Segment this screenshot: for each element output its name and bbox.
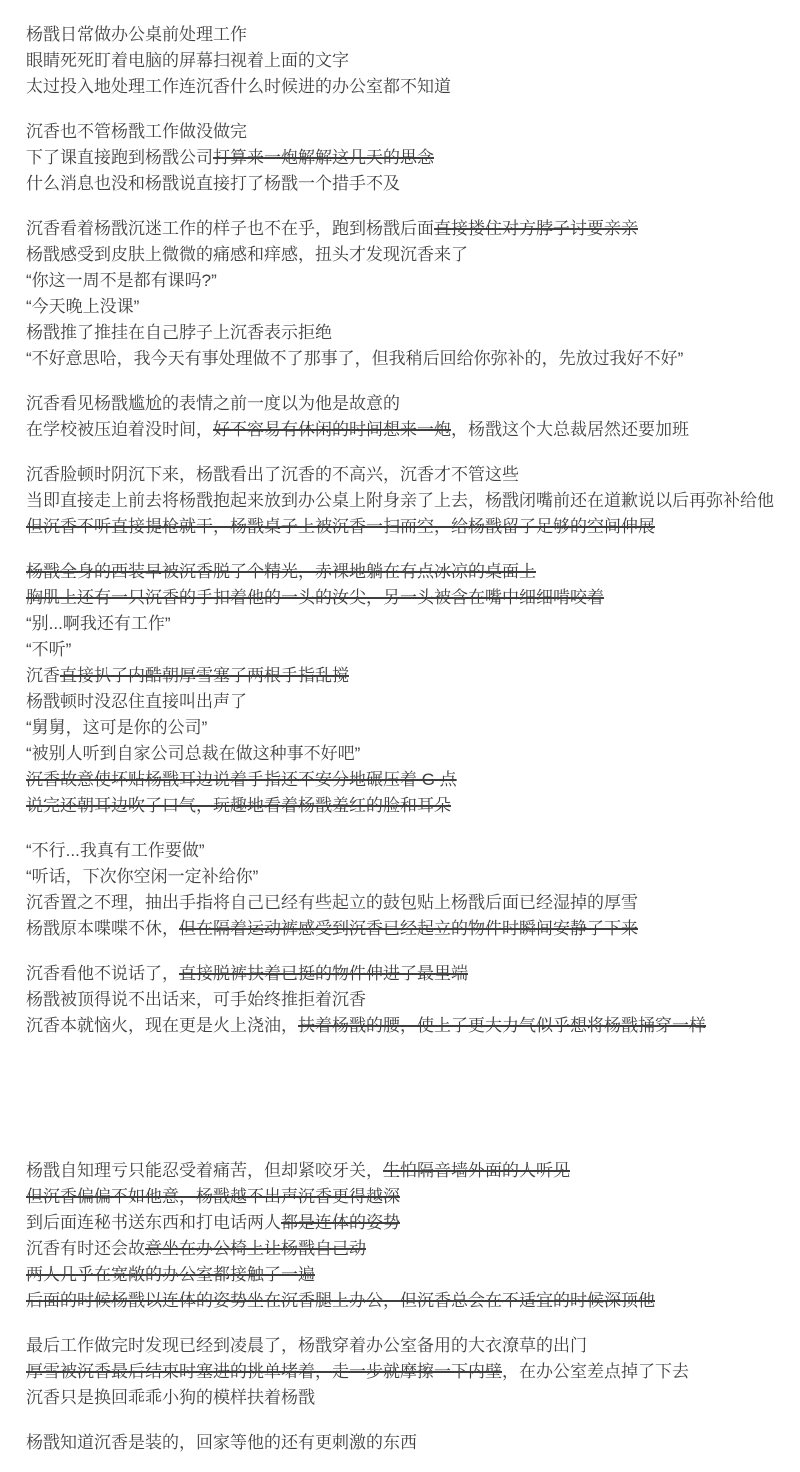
- struck-text: 打算来一炮解解这几天的思念: [213, 148, 434, 167]
- plain-text: 杨戬被顶得说不出话来，可手始终推拒着沉香: [26, 990, 366, 1009]
- struck-text: 但在隔着运动裤感受到沉香已经起立的物件时瞬间安静了下来: [179, 919, 638, 938]
- paragraph: 沉香看着杨戬沉迷工作的样子也不在乎，跑到杨戬后面直接搂住对方脖子讨要亲亲杨戬感受…: [26, 216, 780, 372]
- text-line: 沉香只是换回乖乖小狗的模样扶着杨戬: [26, 1385, 780, 1411]
- plain-text: 杨戬日常做办公桌前处理工作: [26, 25, 247, 44]
- text-line: 太过投入地处理工作连沉香什么时候进的办公室都不知道: [26, 74, 780, 100]
- plain-text: 沉香: [26, 666, 60, 685]
- plain-text: 眼睛死死盯着电脑的屏幕扫视着上面的文字: [26, 51, 349, 70]
- text-line: 沉香脸顿时阴沉下来，杨戬看出了沉香的不高兴，沉香才不管这些: [26, 462, 780, 488]
- text-line: “不好意思哈，我今天有事处理做不了那事了，但我稍后回给你弥补的，先放过我好不好”: [26, 346, 780, 372]
- plain-text: 杨戬顿时没忍住直接叫出声了: [26, 692, 247, 711]
- text-line: 杨戬推了推挂在自己脖子上沉香表示拒绝: [26, 320, 780, 346]
- paragraph: 最后工作做完时发现已经到凌晨了，杨戬穿着办公室备用的大衣潦草的出门厚雪被沉香最后…: [26, 1333, 780, 1411]
- text-line: 沉香故意使坏贴杨戬耳边说着手指还不安分地碾压着 G 点: [26, 767, 780, 793]
- struck-text: 说完还朝耳边吹了口气，玩趣地看着杨戬羞红的脸和耳朵: [26, 796, 451, 815]
- plain-text: 杨戬感受到皮肤上微微的痛感和痒感，扭头才发现沉香来了: [26, 245, 468, 264]
- plain-text: “不行...我真有工作要做”: [26, 841, 205, 860]
- text-line: 当即直接走上前去将杨戬抱起来放到办公桌上附身亲了上去，杨戬闭嘴前还在道歉说以后再…: [26, 488, 780, 514]
- text-line: 说完还朝耳边吹了口气，玩趣地看着杨戬羞红的脸和耳朵: [26, 793, 780, 819]
- plain-text: 杨戬原本喋喋不休，: [26, 919, 179, 938]
- text-line: 沉香置之不理，抽出手指将自己已经有些起立的鼓包贴上杨戬后面已经湿掉的厚雪: [26, 890, 780, 916]
- text-line: 但沉香偏偏不如他意，杨戬越不出声沉香更得越深: [26, 1184, 780, 1210]
- paragraph: 沉香看他不说话了，直接脱裤扶着已挺的物件伸进了最里端杨戬被顶得说不出话来，可手始…: [26, 961, 780, 1039]
- text-line: 杨戬顿时没忍住直接叫出声了: [26, 689, 780, 715]
- document: 杨戬日常做办公桌前处理工作眼睛死死盯着电脑的屏幕扫视着上面的文字太过投入地处理工…: [0, 0, 800, 1456]
- plain-text: 沉香有时还会故: [26, 1239, 145, 1258]
- text-line: “被别人听到自家公司总裁在做这种事不好吧”: [26, 741, 780, 767]
- plain-text: 到后面连秘书送东西和打电话两人: [26, 1213, 281, 1232]
- struck-text: 直接扒了内酷朝厚雪塞了两根手指乱搅: [60, 666, 349, 685]
- text-line: 杨戬自知理亏只能忍受着痛苦，但却紧咬牙关，生怕隔音墙外面的人听见: [26, 1158, 780, 1184]
- plain-text: “舅舅，这可是你的公司”: [26, 718, 207, 737]
- text-line: 杨戬被顶得说不出话来，可手始终推拒着沉香: [26, 987, 780, 1013]
- text-line: 最后工作做完时发现已经到凌晨了，杨戬穿着办公室备用的大衣潦草的出门: [26, 1333, 780, 1359]
- struck-text: 直接搂住对方脖子讨要亲亲: [434, 219, 638, 238]
- text-line: 眼睛死死盯着电脑的屏幕扫视着上面的文字: [26, 48, 780, 74]
- plain-text: 杨戬自知理亏只能忍受着痛苦，但却紧咬牙关，: [26, 1161, 383, 1180]
- plain-text: 太过投入地处理工作连沉香什么时候进的办公室都不知道: [26, 77, 451, 96]
- struck-text: 杨戬全身的西装早被沉香脱了个精光，赤裸地躺在有点冰凉的桌面上: [26, 562, 536, 581]
- paragraph: 杨戬知道沉香是装的，回家等他的还有更刺激的东西: [26, 1430, 780, 1456]
- plain-text: 沉香看见杨戬尴尬的表情之前一度以为他是故意的: [26, 394, 400, 413]
- text-line: 后面的时候杨戬以连体的姿势坐在沉香腿上办公，但沉香总会在不适宜的时候深顶他: [26, 1288, 780, 1314]
- text-line: 到后面连秘书送东西和打电话两人都是连体的姿势: [26, 1210, 780, 1236]
- plain-text: 沉香看着杨戬沉迷工作的样子也不在乎，跑到杨戬后面: [26, 219, 434, 238]
- struck-text: 沉香故意使坏贴杨戬耳边说着手指还不安分地碾压着 G 点: [26, 770, 457, 789]
- text-line: 什么消息也没和杨戬说直接打了杨戬一个措手不及: [26, 171, 780, 197]
- text-line: 杨戬全身的西装早被沉香脱了个精光，赤裸地躺在有点冰凉的桌面上: [26, 559, 780, 585]
- plain-text: 杨戬知道沉香是装的，回家等他的还有更刺激的东西: [26, 1433, 417, 1452]
- paragraph: 杨戬日常做办公桌前处理工作眼睛死死盯着电脑的屏幕扫视着上面的文字太过投入地处理工…: [26, 22, 780, 100]
- plain-text: 沉香只是换回乖乖小狗的模样扶着杨戬: [26, 1388, 315, 1407]
- struck-text: 好不容易有休闲的时间想来一炮: [213, 420, 451, 439]
- text-line: “今天晚上没课”: [26, 294, 780, 320]
- text-line: “舅舅，这可是你的公司”: [26, 715, 780, 741]
- plain-text: 下了课直接跑到杨戬公司: [26, 148, 213, 167]
- struck-text: 直接脱裤扶着已挺的物件伸进了最里端: [179, 964, 468, 983]
- struck-text: 后面的时候杨戬以连体的姿势坐在沉香腿上办公，但沉香总会在不适宜的时候深顶他: [26, 1291, 655, 1310]
- text-line: 杨戬原本喋喋不休，但在隔着运动裤感受到沉香已经起立的物件时瞬间安静了下来: [26, 916, 780, 942]
- text-line: 胸肌上还有一只沉香的手扣着他的一头的汝尖，另一头被含在嘴中细细啃咬着: [26, 585, 780, 611]
- plain-text: “你这一周不是都有课吗?”: [26, 271, 217, 290]
- text-line: 沉香本就恼火，现在更是火上浇油，扶着杨戬的腰，使上了更大力气似乎想将杨戬捅穿一样: [26, 1013, 780, 1039]
- text-line: 杨戬感受到皮肤上微微的痛感和痒感，扭头才发现沉香来了: [26, 242, 780, 268]
- text-line: 沉香看他不说话了，直接脱裤扶着已挺的物件伸进了最里端: [26, 961, 780, 987]
- struck-text: 胸肌上还有一只沉香的手扣着他的一头的汝尖，另一头被含在嘴中细细啃咬着: [26, 588, 604, 607]
- plain-text: “不好意思哈，我今天有事处理做不了那事了，但我稍后回给你弥补的，先放过我好不好”: [26, 349, 683, 368]
- plain-text: 杨戬推了推挂在自己脖子上沉香表示拒绝: [26, 323, 332, 342]
- plain-text: ，杨戬这个大总裁居然还要加班: [451, 420, 689, 439]
- text-line: 沉香有时还会故意坐在办公椅上让杨戬自己动: [26, 1236, 780, 1262]
- plain-text: 沉香本就恼火，现在更是火上浇油，: [26, 1016, 298, 1035]
- plain-text: “被别人听到自家公司总裁在做这种事不好吧”: [26, 744, 360, 763]
- text-line: 下了课直接跑到杨戬公司打算来一炮解解这几天的思念: [26, 145, 780, 171]
- text-line: “你这一周不是都有课吗?”: [26, 268, 780, 294]
- text-line: “不行...我真有工作要做”: [26, 838, 780, 864]
- plain-text: 最后工作做完时发现已经到凌晨了，杨戬穿着办公室备用的大衣潦草的出门: [26, 1336, 587, 1355]
- struck-text: 但沉香不听直接提枪就干，杨戬桌子上被沉香一扫而空，给杨戬留了足够的空间伸展: [26, 517, 655, 536]
- struck-text: 生怕隔音墙外面的人听见: [383, 1161, 570, 1180]
- text-line: 杨戬日常做办公桌前处理工作: [26, 22, 780, 48]
- struck-text: 两人几乎在宽敞的办公室都接触了一遍: [26, 1265, 315, 1284]
- struck-text: 意坐在办公椅上让杨戬自己动: [145, 1239, 366, 1258]
- paragraph: 沉香也不管杨戬工作做没做完下了课直接跑到杨戬公司打算来一炮解解这几天的思念什么消…: [26, 119, 780, 197]
- document-body: 杨戬日常做办公桌前处理工作眼睛死死盯着电脑的屏幕扫视着上面的文字太过投入地处理工…: [26, 22, 780, 1456]
- paragraph: “不行...我真有工作要做”“听话，下次你空闲一定补给你”沉香置之不理，抽出手指…: [26, 838, 780, 942]
- text-line: 沉香看着杨戬沉迷工作的样子也不在乎，跑到杨戬后面直接搂住对方脖子讨要亲亲: [26, 216, 780, 242]
- paragraph: 沉香看见杨戬尴尬的表情之前一度以为他是故意的在学校被压迫着没时间，好不容易有休闲…: [26, 391, 780, 443]
- struck-text: 但沉香偏偏不如他意，杨戬越不出声沉香更得越深: [26, 1187, 400, 1206]
- plain-text: 什么消息也没和杨戬说直接打了杨戬一个措手不及: [26, 174, 400, 193]
- struck-text: 都是连体的姿势: [281, 1213, 400, 1232]
- plain-text: ，在办公室差点掉了下去: [502, 1362, 689, 1381]
- paragraph: 杨戬全身的西装早被沉香脱了个精光，赤裸地躺在有点冰凉的桌面上胸肌上还有一只沉香的…: [26, 559, 780, 819]
- text-line: 沉香直接扒了内酷朝厚雪塞了两根手指乱搅: [26, 663, 780, 689]
- text-line: 两人几乎在宽敞的办公室都接触了一遍: [26, 1262, 780, 1288]
- plain-text: “不听”: [26, 640, 71, 659]
- struck-text: 厚雪被沉香最后结束时塞进的挑单堵着，走一步就摩擦一下内壁: [26, 1362, 502, 1381]
- paragraph: 沉香脸顿时阴沉下来，杨戬看出了沉香的不高兴，沉香才不管这些当即直接走上前去将杨戬…: [26, 462, 780, 540]
- plain-text: 当即直接走上前去将杨戬抱起来放到办公桌上附身亲了上去，杨戬闭嘴前还在道歉说以后再…: [26, 491, 774, 510]
- plain-text: 沉香脸顿时阴沉下来，杨戬看出了沉香的不高兴，沉香才不管这些: [26, 465, 519, 484]
- text-line: “别...啊我还有工作”: [26, 611, 780, 637]
- plain-text: “听话，下次你空闲一定补给你”: [26, 867, 258, 886]
- vertical-gap: [26, 1058, 780, 1158]
- text-line: “不听”: [26, 637, 780, 663]
- text-line: 沉香看见杨戬尴尬的表情之前一度以为他是故意的: [26, 391, 780, 417]
- text-line: 厚雪被沉香最后结束时塞进的挑单堵着，走一步就摩擦一下内壁，在办公室差点掉了下去: [26, 1359, 780, 1385]
- text-line: 杨戬知道沉香是装的，回家等他的还有更刺激的东西: [26, 1430, 780, 1456]
- plain-text: 在学校被压迫着没时间，: [26, 420, 213, 439]
- text-line: 在学校被压迫着没时间，好不容易有休闲的时间想来一炮，杨戬这个大总裁居然还要加班: [26, 417, 780, 443]
- text-line: 但沉香不听直接提枪就干，杨戬桌子上被沉香一扫而空，给杨戬留了足够的空间伸展: [26, 514, 780, 540]
- plain-text: “别...啊我还有工作”: [26, 614, 171, 633]
- struck-text: 扶着杨戬的腰，使上了更大力气似乎想将杨戬捅穿一样: [298, 1016, 706, 1035]
- plain-text: 沉香置之不理，抽出手指将自己已经有些起立的鼓包贴上杨戬后面已经湿掉的厚雪: [26, 893, 638, 912]
- text-line: 沉香也不管杨戬工作做没做完: [26, 119, 780, 145]
- paragraph: 杨戬自知理亏只能忍受着痛苦，但却紧咬牙关，生怕隔音墙外面的人听见但沉香偏偏不如他…: [26, 1158, 780, 1314]
- plain-text: “今天晚上没课”: [26, 297, 139, 316]
- text-line: “听话，下次你空闲一定补给你”: [26, 864, 780, 890]
- plain-text: 沉香也不管杨戬工作做没做完: [26, 122, 247, 141]
- plain-text: 沉香看他不说话了，: [26, 964, 179, 983]
